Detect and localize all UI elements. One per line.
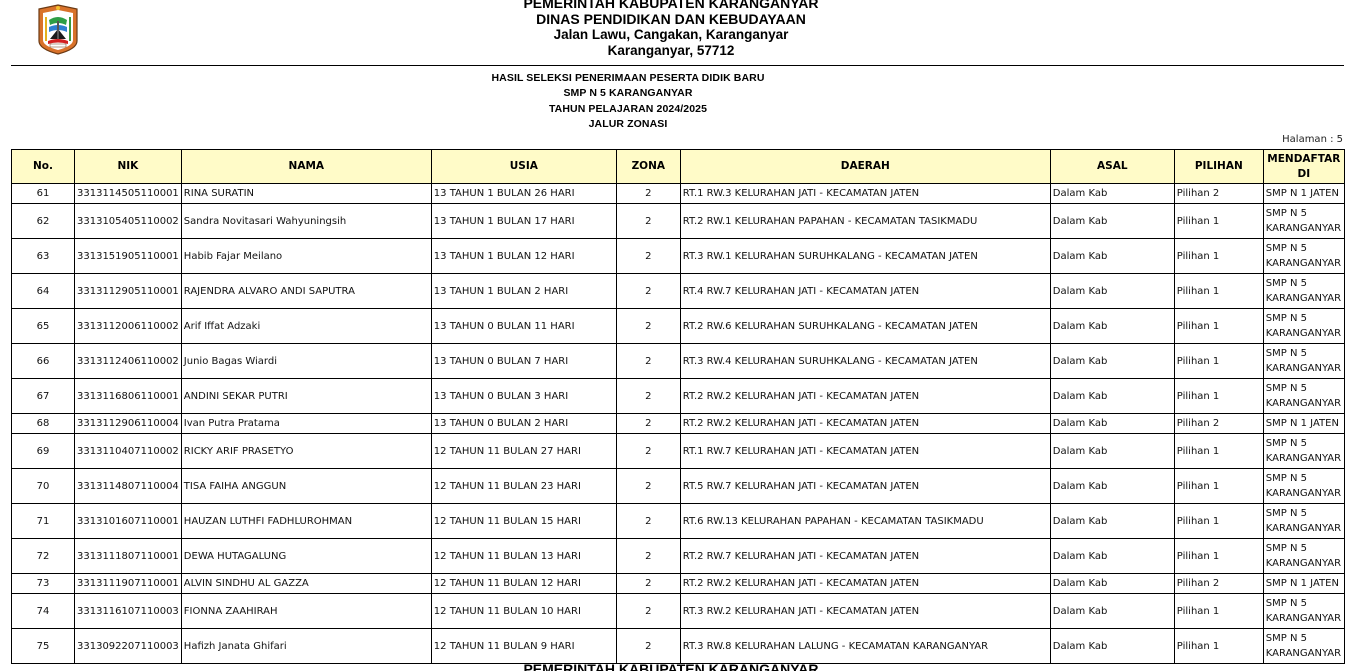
letterhead: PEMERINTAH KABUPATEN KARANGANYAR DINAS P… (0, 0, 1342, 59)
row-usia: 13 TAHUN 0 BULAN 11 HARI (431, 309, 616, 344)
row-pilihan: Pilihan 1 (1174, 594, 1263, 629)
report-title: HASIL SELEKSI PENERIMAAN PESERTA DIDIK B… (0, 71, 1256, 86)
row-nama: Habib Fajar Meilano (181, 239, 431, 274)
row-no: 67 (12, 379, 75, 414)
row-asal: Dalam Kab (1050, 274, 1174, 309)
row-nik: 3313112906110004 (75, 414, 182, 434)
row-zona: 2 (616, 629, 680, 664)
row-usia: 12 TAHUN 11 BULAN 12 HARI (431, 574, 616, 594)
row-usia: 13 TAHUN 1 BULAN 26 HARI (431, 184, 616, 204)
column-header-nama: NAMA (181, 150, 431, 184)
row-zona: 2 (616, 594, 680, 629)
row-daerah: RT.6 RW.13 KELURAHAN PAPAHAN - KECAMATAN… (680, 504, 1050, 539)
row-daerah: RT.1 RW.7 KELURAHAN JATI - KECAMATAN JAT… (680, 434, 1050, 469)
row-daerah: RT.2 RW.2 KELURAHAN JATI - KECAMATAN JAT… (680, 414, 1050, 434)
row-nik: 3313111907110001 (75, 574, 182, 594)
row-daerah: RT.3 RW.1 KELURAHAN SURUHKALANG - KECAMA… (680, 239, 1050, 274)
row-asal: Dalam Kab (1050, 239, 1174, 274)
row-zona: 2 (616, 469, 680, 504)
row-nik: 3313116107110003 (75, 594, 182, 629)
row-asal: Dalam Kab (1050, 539, 1174, 574)
row-no: 71 (12, 504, 75, 539)
table-row: 703313114807110004TISA FAIHA ANGGUN12 TA… (12, 469, 1345, 504)
row-pilihan: Pilihan 1 (1174, 379, 1263, 414)
column-header-zona: ZONA (616, 150, 680, 184)
row-nik: 3313112406110002 (75, 344, 182, 379)
report-school: SMP N 5 KARANGANYAR (0, 86, 1256, 101)
row-pilihan: Pilihan 2 (1174, 184, 1263, 204)
table-row: 733313111907110001ALVIN SINDHU AL GAZZA1… (12, 574, 1345, 594)
row-no: 68 (12, 414, 75, 434)
row-pilihan: Pilihan 1 (1174, 504, 1263, 539)
row-mendaftar-di: SMP N 5 KARANGANYAR (1263, 469, 1344, 504)
letterhead-city: Karanganyar, 57712 (0, 43, 1342, 59)
row-nama: RAJENDRA ALVARO ANDI SAPUTRA (181, 274, 431, 309)
row-daerah: RT.5 RW.7 KELURAHAN JATI - KECAMATAN JAT… (680, 469, 1050, 504)
row-asal: Dalam Kab (1050, 629, 1174, 664)
row-mendaftar-di: SMP N 5 KARANGANYAR (1263, 239, 1344, 274)
row-mendaftar-di: SMP N 5 KARANGANYAR (1263, 434, 1344, 469)
row-nama: Hafizh Janata Ghifari (181, 629, 431, 664)
table-row: 653313112006110002Arif Iffat Adzaki13 TA… (12, 309, 1345, 344)
row-no: 70 (12, 469, 75, 504)
row-no: 65 (12, 309, 75, 344)
table-row: 693313110407110002RICKY ARIF PRASETYO12 … (12, 434, 1345, 469)
row-pilihan: Pilihan 1 (1174, 469, 1263, 504)
row-nama: HAUZAN LUTHFI FADHLUROHMAN (181, 504, 431, 539)
row-no: 75 (12, 629, 75, 664)
row-daerah: RT.2 RW.2 KELURAHAN JATI - KECAMATAN JAT… (680, 379, 1050, 414)
row-asal: Dalam Kab (1050, 309, 1174, 344)
row-pilihan: Pilihan 2 (1174, 574, 1263, 594)
row-usia: 12 TAHUN 11 BULAN 23 HARI (431, 469, 616, 504)
page-number: Halaman : 5 (1282, 134, 1343, 145)
table-row: 713313101607110001HAUZAN LUTHFI FADHLURO… (12, 504, 1345, 539)
row-daerah: RT.4 RW.7 KELURAHAN JATI - KECAMATAN JAT… (680, 274, 1050, 309)
row-zona: 2 (616, 344, 680, 379)
row-zona: 2 (616, 414, 680, 434)
row-zona: 2 (616, 309, 680, 344)
table-row: 673313116806110001ANDINI SEKAR PUTRI13 T… (12, 379, 1345, 414)
row-nik: 3313111807110001 (75, 539, 182, 574)
row-nama: FIONNA ZAAHIRAH (181, 594, 431, 629)
row-mendaftar-di: SMP N 5 KARANGANYAR (1263, 274, 1344, 309)
letterhead-agency: DINAS PENDIDIKAN DAN KEBUDAYAAN (0, 11, 1342, 27)
row-mendaftar-di: SMP N 5 KARANGANYAR (1263, 504, 1344, 539)
row-usia: 13 TAHUN 0 BULAN 3 HARI (431, 379, 616, 414)
row-pilihan: Pilihan 1 (1174, 629, 1263, 664)
row-nama: DEWA HUTAGALUNG (181, 539, 431, 574)
row-zona: 2 (616, 204, 680, 239)
row-nik: 3313112006110002 (75, 309, 182, 344)
row-pilihan: Pilihan 1 (1174, 274, 1263, 309)
row-mendaftar-di: SMP N 1 JATEN (1263, 574, 1344, 594)
row-nik: 3313114505110001 (75, 184, 182, 204)
row-nik: 3313151905110001 (75, 239, 182, 274)
column-header-mendaftar-di: MENDAFTAR DI (1263, 150, 1344, 184)
table-row: 643313112905110001RAJENDRA ALVARO ANDI S… (12, 274, 1345, 309)
row-zona: 2 (616, 574, 680, 594)
row-zona: 2 (616, 539, 680, 574)
report-titles: HASIL SELEKSI PENERIMAAN PESERTA DIDIK B… (0, 71, 1256, 132)
row-no: 66 (12, 344, 75, 379)
row-mendaftar-di: SMP N 5 KARANGANYAR (1263, 204, 1344, 239)
row-usia: 12 TAHUN 11 BULAN 27 HARI (431, 434, 616, 469)
row-pilihan: Pilihan 1 (1174, 239, 1263, 274)
row-nama: Junio Bagas Wiardi (181, 344, 431, 379)
letterhead-government: PEMERINTAH KABUPATEN KARANGANYAR (0, 0, 1342, 11)
row-nama: Arif Iffat Adzaki (181, 309, 431, 344)
row-zona: 2 (616, 434, 680, 469)
row-usia: 13 TAHUN 1 BULAN 2 HARI (431, 274, 616, 309)
row-asal: Dalam Kab (1050, 434, 1174, 469)
row-nama: ALVIN SINDHU AL GAZZA (181, 574, 431, 594)
row-zona: 2 (616, 274, 680, 309)
row-asal: Dalam Kab (1050, 344, 1174, 379)
report-track: JALUR ZONASI (0, 117, 1256, 132)
row-asal: Dalam Kab (1050, 504, 1174, 539)
row-usia: 13 TAHUN 1 BULAN 12 HARI (431, 239, 616, 274)
row-mendaftar-di: SMP N 1 JATEN (1263, 184, 1344, 204)
row-daerah: RT.1 RW.3 KELURAHAN JATI - KECAMATAN JAT… (680, 184, 1050, 204)
row-asal: Dalam Kab (1050, 379, 1174, 414)
next-page-letterhead: PEMERINTAH KABUPATEN KARANGANYAR (0, 661, 1342, 671)
row-usia: 12 TAHUN 11 BULAN 15 HARI (431, 504, 616, 539)
row-mendaftar-di: SMP N 1 JATEN (1263, 414, 1344, 434)
row-no: 73 (12, 574, 75, 594)
row-asal: Dalam Kab (1050, 204, 1174, 239)
row-no: 62 (12, 204, 75, 239)
row-nik: 3313116806110001 (75, 379, 182, 414)
row-no: 72 (12, 539, 75, 574)
table-row: 743313116107110003FIONNA ZAAHIRAH12 TAHU… (12, 594, 1345, 629)
column-header-nik: NIK (75, 150, 182, 184)
row-nama: Ivan Putra Pratama (181, 414, 431, 434)
table-header-row: No. NIK NAMA USIA ZONA DAERAH ASAL PILIH… (12, 150, 1345, 184)
row-asal: Dalam Kab (1050, 594, 1174, 629)
row-usia: 13 TAHUN 0 BULAN 2 HARI (431, 414, 616, 434)
row-asal: Dalam Kab (1050, 184, 1174, 204)
table-row: 683313112906110004Ivan Putra Pratama13 T… (12, 414, 1345, 434)
row-nama: RICKY ARIF PRASETYO (181, 434, 431, 469)
row-daerah: RT.3 RW.2 KELURAHAN JATI - KECAMATAN JAT… (680, 594, 1050, 629)
row-nama: Sandra Novitasari Wahyuningsih (181, 204, 431, 239)
row-daerah: RT.3 RW.4 KELURAHAN SURUHKALANG - KECAMA… (680, 344, 1050, 379)
row-usia: 12 TAHUN 11 BULAN 9 HARI (431, 629, 616, 664)
selection-results-table: No. NIK NAMA USIA ZONA DAERAH ASAL PILIH… (11, 149, 1345, 664)
table-row: 623313105405110002Sandra Novitasari Wahy… (12, 204, 1345, 239)
row-zona: 2 (616, 184, 680, 204)
row-zona: 2 (616, 379, 680, 414)
column-header-daerah: DAERAH (680, 150, 1050, 184)
table-row: 663313112406110002Junio Bagas Wiardi13 T… (12, 344, 1345, 379)
row-no: 61 (12, 184, 75, 204)
row-asal: Dalam Kab (1050, 414, 1174, 434)
row-no: 63 (12, 239, 75, 274)
row-zona: 2 (616, 504, 680, 539)
row-nik: 3313112905110001 (75, 274, 182, 309)
column-header-no: No. (12, 150, 75, 184)
row-asal: Dalam Kab (1050, 469, 1174, 504)
report-year: TAHUN PELAJARAN 2024/2025 (0, 102, 1256, 117)
row-nik: 3313101607110001 (75, 504, 182, 539)
row-mendaftar-di: SMP N 5 KARANGANYAR (1263, 379, 1344, 414)
table-row: 633313151905110001Habib Fajar Meilano13 … (12, 239, 1345, 274)
row-mendaftar-di: SMP N 5 KARANGANYAR (1263, 594, 1344, 629)
row-daerah: RT.2 RW.2 KELURAHAN JATI - KECAMATAN JAT… (680, 574, 1050, 594)
row-pilihan: Pilihan 1 (1174, 344, 1263, 379)
row-pilihan: Pilihan 2 (1174, 414, 1263, 434)
row-nik: 3313110407110002 (75, 434, 182, 469)
row-mendaftar-di: SMP N 5 KARANGANYAR (1263, 539, 1344, 574)
row-daerah: RT.2 RW.7 KELURAHAN JATI - KECAMATAN JAT… (680, 539, 1050, 574)
row-nama: RINA SURATIN (181, 184, 431, 204)
row-no: 64 (12, 274, 75, 309)
row-mendaftar-di: SMP N 5 KARANGANYAR (1263, 309, 1344, 344)
row-usia: 13 TAHUN 0 BULAN 7 HARI (431, 344, 616, 379)
row-daerah: RT.3 RW.8 KELURAHAN LALUNG - KECAMATAN K… (680, 629, 1050, 664)
row-pilihan: Pilihan 1 (1174, 434, 1263, 469)
row-usia: 12 TAHUN 11 BULAN 13 HARI (431, 539, 616, 574)
row-zona: 2 (616, 239, 680, 274)
row-asal: Dalam Kab (1050, 574, 1174, 594)
row-usia: 13 TAHUN 1 BULAN 17 HARI (431, 204, 616, 239)
column-header-pilihan: PILIHAN (1174, 150, 1263, 184)
row-pilihan: Pilihan 1 (1174, 204, 1263, 239)
row-usia: 12 TAHUN 11 BULAN 10 HARI (431, 594, 616, 629)
row-daerah: RT.2 RW.6 KELURAHAN SURUHKALANG - KECAMA… (680, 309, 1050, 344)
row-pilihan: Pilihan 1 (1174, 539, 1263, 574)
row-no: 74 (12, 594, 75, 629)
column-header-asal: ASAL (1050, 150, 1174, 184)
table-row: 613313114505110001RINA SURATIN13 TAHUN 1… (12, 184, 1345, 204)
table-row: 723313111807110001DEWA HUTAGALUNG12 TAHU… (12, 539, 1345, 574)
row-nama: TISA FAIHA ANGGUN (181, 469, 431, 504)
row-daerah: RT.2 RW.1 KELURAHAN PAPAHAN - KECAMATAN … (680, 204, 1050, 239)
letterhead-divider (11, 65, 1344, 66)
row-pilihan: Pilihan 1 (1174, 309, 1263, 344)
row-nama: ANDINI SEKAR PUTRI (181, 379, 431, 414)
row-mendaftar-di: SMP N 5 KARANGANYAR (1263, 629, 1344, 664)
row-nik: 3313114807110004 (75, 469, 182, 504)
row-mendaftar-di: SMP N 5 KARANGANYAR (1263, 344, 1344, 379)
row-no: 69 (12, 434, 75, 469)
table-row: 753313092207110003Hafizh Janata Ghifari1… (12, 629, 1345, 664)
letterhead-address: Jalan Lawu, Cangakan, Karanganyar (0, 27, 1342, 43)
row-nik: 3313105405110002 (75, 204, 182, 239)
column-header-usia: USIA (431, 150, 616, 184)
row-nik: 3313092207110003 (75, 629, 182, 664)
